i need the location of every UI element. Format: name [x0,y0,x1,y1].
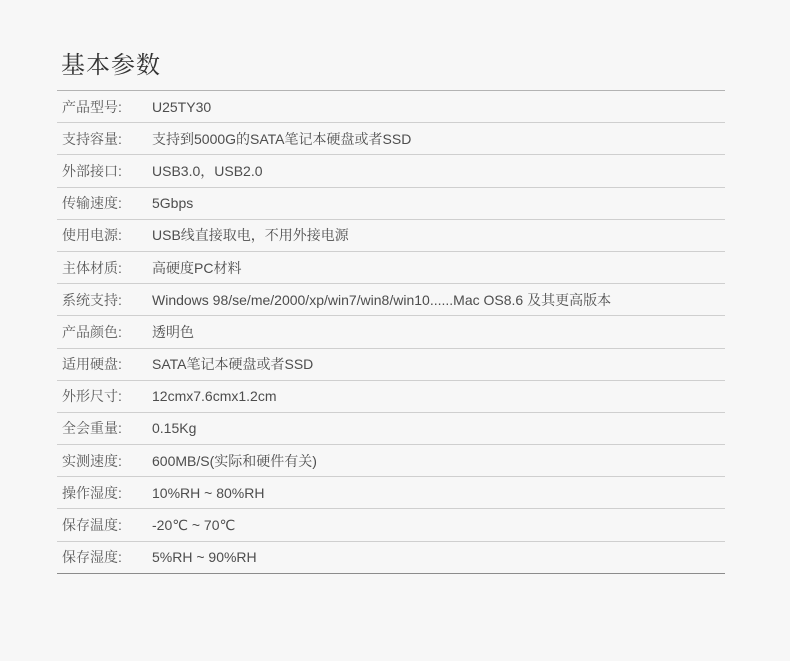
spec-row: 全会重量: 0.15Kg [57,413,725,445]
spec-row: 产品颜色: 透明色 [57,316,725,348]
spec-row: 外形尺寸: 12cmx7.6cmx1.2cm [57,381,725,413]
spec-label: 操作湿度: [57,483,152,503]
spec-row: 使用电源: USB线直接取电，不用外接电源 [57,220,725,252]
spec-value: SATA笔记本硬盘或者SSD [152,354,313,374]
spec-table: 产品型号: U25TY30 支持容量: 支持到5000G的SATA笔记本硬盘或者… [57,90,725,574]
spec-row: 适用硬盘: SATA笔记本硬盘或者SSD [57,349,725,381]
spec-value: 0.15Kg [152,420,196,436]
spec-row: 主体材质: 高硬度PC材料 [57,252,725,284]
spec-value: USB3.0，USB2.0 [152,161,263,181]
spec-label: 保存温度: [57,515,152,535]
spec-label: 外部接口: [57,161,152,181]
section-title: 基本参数 [61,49,725,82]
spec-label: 外形尺寸: [57,386,152,406]
spec-label: 产品型号: [57,97,152,117]
basic-params-section: 基本参数 产品型号: U25TY30 支持容量: 支持到5000G的SATA笔记… [57,0,725,574]
spec-value: 5%RH ~ 90%RH [152,549,257,565]
spec-value: -20℃ ~ 70℃ [152,517,235,534]
spec-label: 产品颜色: [57,322,152,342]
spec-label: 系统支持: [57,290,152,310]
spec-value: 支持到5000G的SATA笔记本硬盘或者SSD [152,129,411,149]
spec-label: 保存湿度: [57,547,152,567]
spec-value: U25TY30 [152,99,211,115]
spec-label: 主体材质: [57,258,152,278]
spec-value: 5Gbps [152,195,193,211]
spec-label: 全会重量: [57,418,152,438]
spec-value: 透明色 [152,322,194,342]
spec-value: 10%RH ~ 80%RH [152,485,264,501]
spec-row: 传输速度: 5Gbps [57,188,725,220]
spec-label: 使用电源: [57,225,152,245]
spec-row: 操作湿度: 10%RH ~ 80%RH [57,477,725,509]
spec-value: 12cmx7.6cmx1.2cm [152,388,276,404]
spec-label: 传输速度: [57,193,152,213]
spec-label: 支持容量: [57,129,152,149]
spec-row: 保存湿度: 5%RH ~ 90%RH [57,542,725,574]
spec-row: 支持容量: 支持到5000G的SATA笔记本硬盘或者SSD [57,123,725,155]
spec-row: 外部接口: USB3.0，USB2.0 [57,155,725,187]
spec-label: 适用硬盘: [57,354,152,374]
spec-value: Windows 98/se/me/2000/xp/win7/win8/win10… [152,290,611,310]
spec-row: 产品型号: U25TY30 [57,91,725,123]
spec-value: 高硬度PC材料 [152,258,241,278]
spec-row: 系统支持: Windows 98/se/me/2000/xp/win7/win8… [57,284,725,316]
spec-value: USB线直接取电，不用外接电源 [152,225,349,245]
spec-label: 实测速度: [57,451,152,471]
spec-row: 实测速度: 600MB/S(实际和硬件有关) [57,445,725,477]
spec-row: 保存温度: -20℃ ~ 70℃ [57,509,725,541]
spec-value: 600MB/S(实际和硬件有关) [152,451,317,471]
